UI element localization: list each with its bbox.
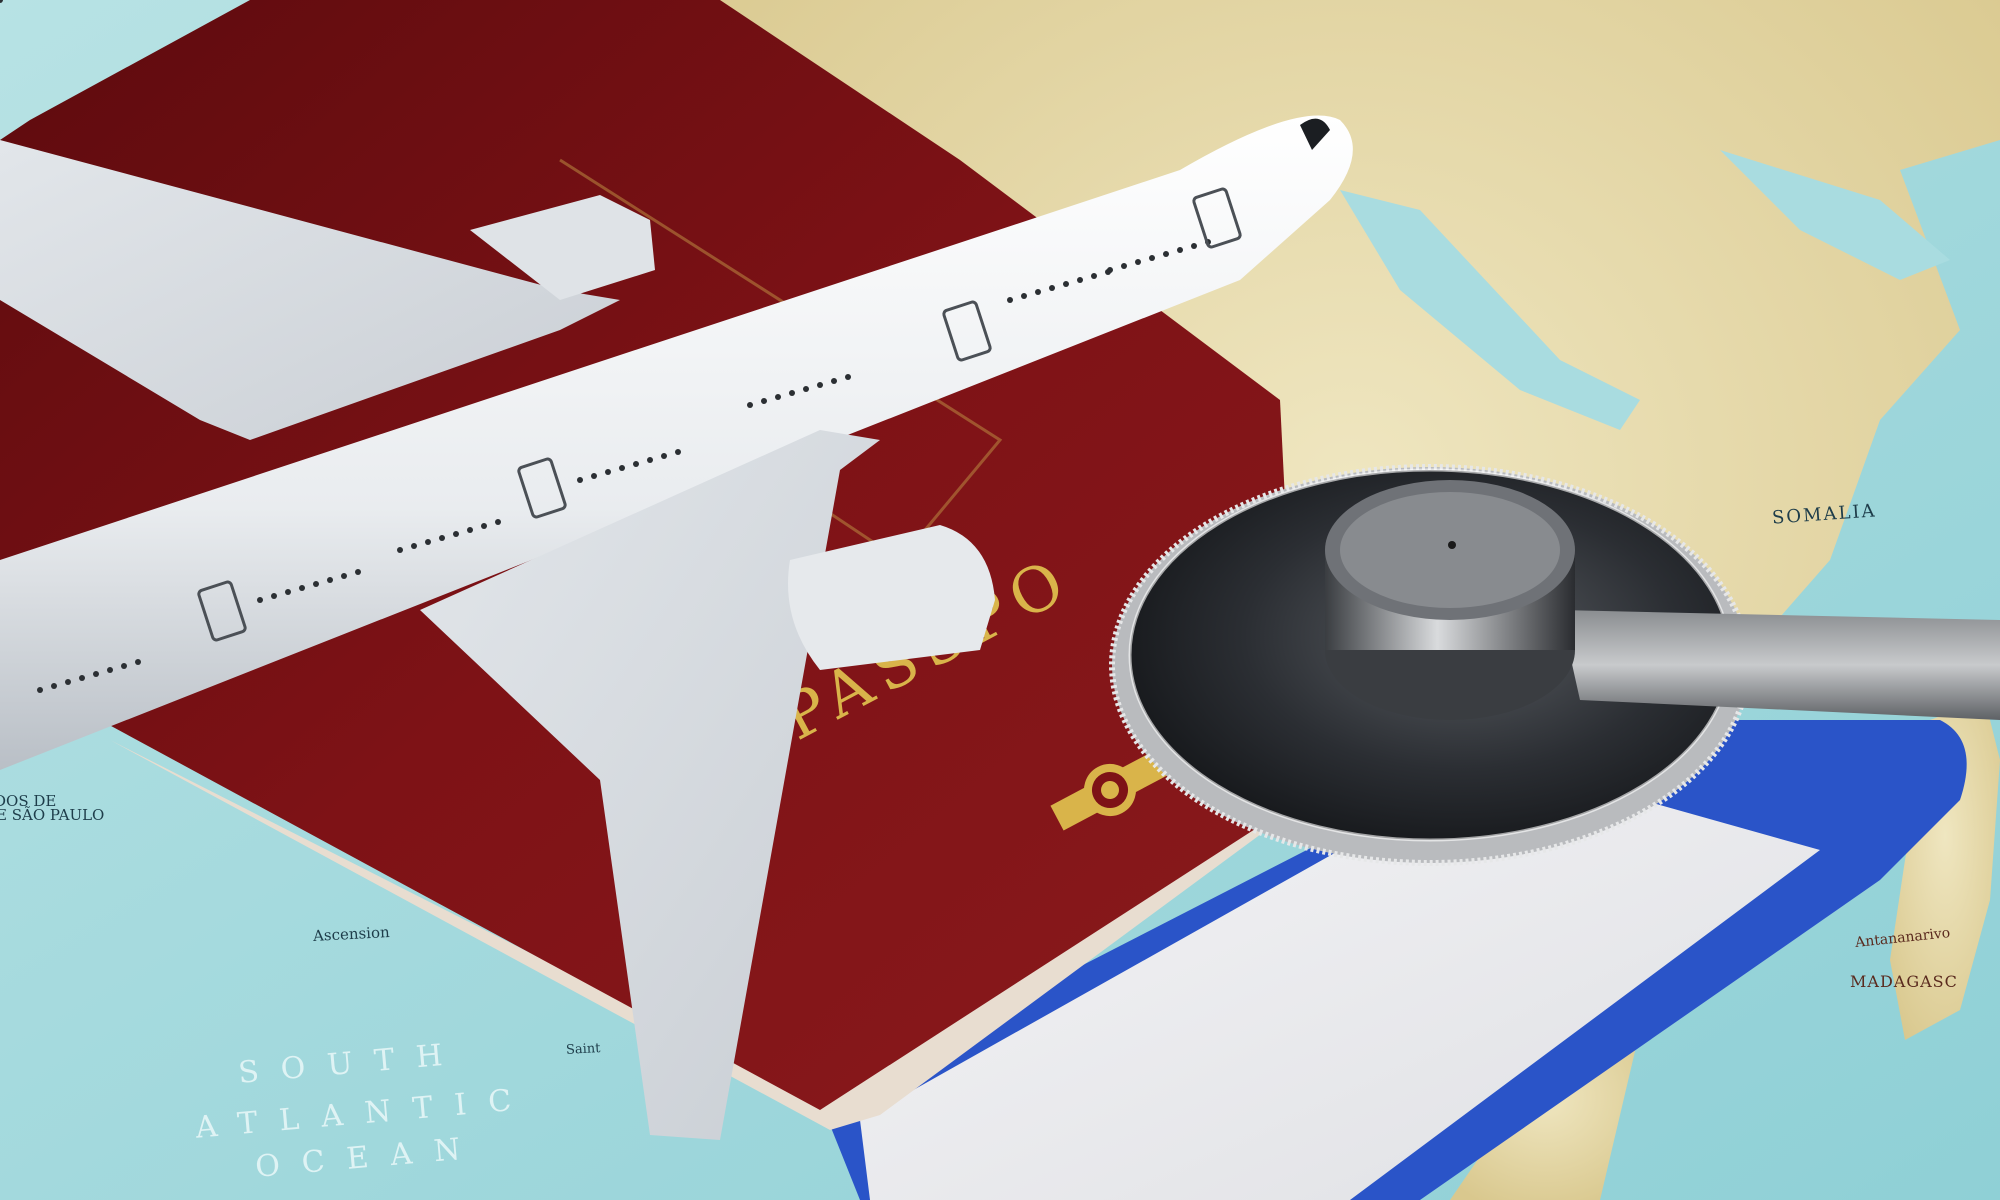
travel-health-photo: SOMALIA Ascension Saint DOS DE E SÃO PAU… xyxy=(0,0,2000,1200)
model-airplane xyxy=(0,0,2000,1200)
